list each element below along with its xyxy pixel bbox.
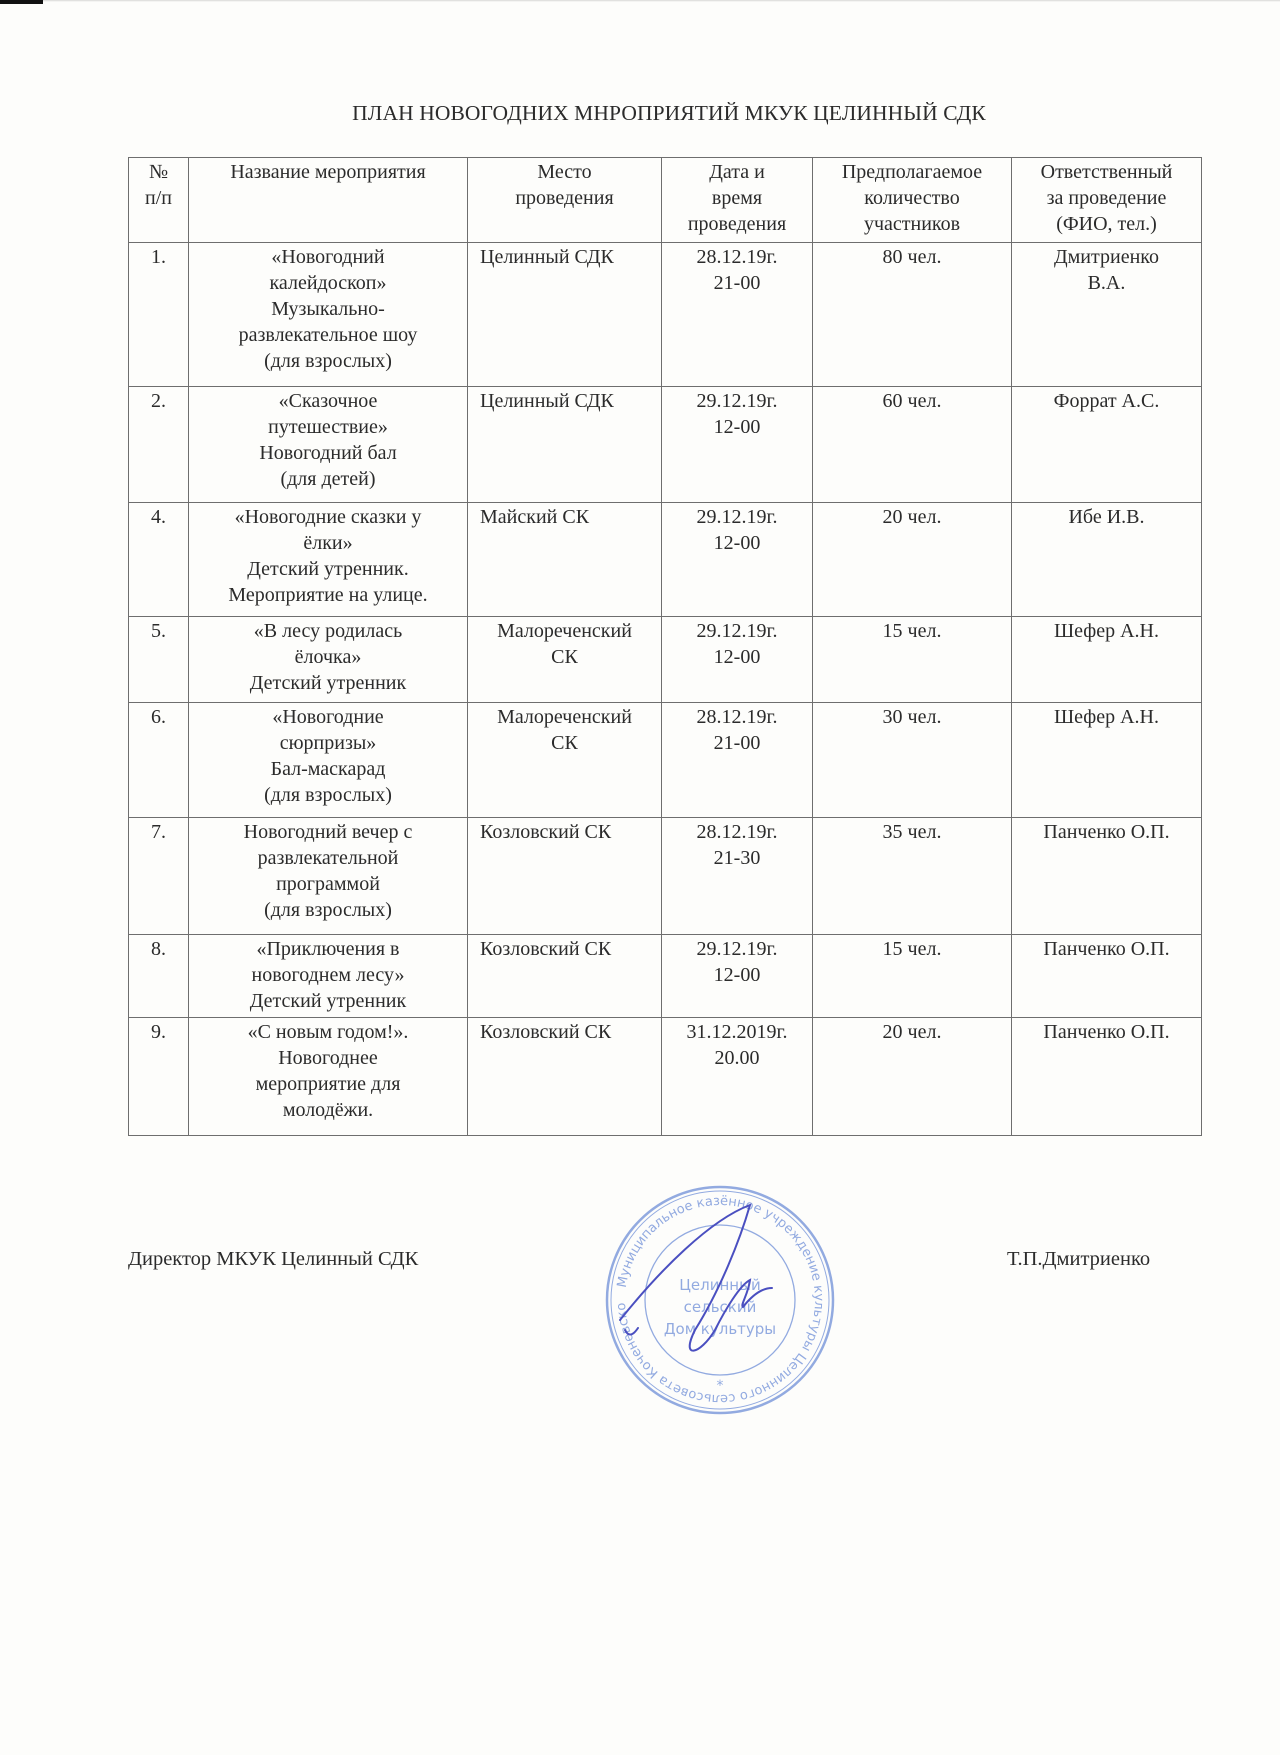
event-name-cell-text: «С новым годом!». <box>191 1019 465 1045</box>
column-header: Название мероприятия <box>189 158 468 243</box>
datetime-cell-text: 21-00 <box>664 730 810 756</box>
column-header: №п/п <box>129 158 189 243</box>
column-header: Местопроведения <box>468 158 662 243</box>
datetime-cell: 31.12.2019г.20.00 <box>662 1018 813 1136</box>
event-name-cell-text: «Приключения в <box>191 936 465 962</box>
event-name-cell-text: Детский утренник <box>191 670 465 696</box>
column-header-text: Название мероприятия <box>191 159 465 185</box>
place-cell: Козловский СК <box>468 935 662 1018</box>
responsible-cell: ДмитриенкоВ.А. <box>1012 243 1202 387</box>
event-name-cell-text: молодёжи. <box>191 1097 465 1123</box>
official-stamp: Муниципальное казённое учреждение культу… <box>600 1180 840 1420</box>
place-cell-text: Целинный СДК <box>480 388 659 414</box>
responsible-cell-text: Панченко О.П. <box>1014 819 1199 845</box>
datetime-cell-text: 21-30 <box>664 845 810 871</box>
responsible-cell-text: Панченко О.П. <box>1014 936 1199 962</box>
datetime-cell-text: 28.12.19г. <box>664 819 810 845</box>
table-row: 4.«Новогодние сказки уёлки»Детский утрен… <box>129 503 1202 617</box>
event-name-cell-text: «Новогодние сказки у <box>191 504 465 530</box>
column-header-text: количество <box>815 185 1009 211</box>
column-header-text: проведения <box>470 185 659 211</box>
event-name-cell-text: развлекательное шоу <box>191 322 465 348</box>
event-name-cell: «В лесу родиласьёлочка»Детский утренник <box>189 617 468 703</box>
table-row: 5.«В лесу родиласьёлочка»Детский утренни… <box>129 617 1202 703</box>
place-cell-text: СК <box>470 644 659 670</box>
participants-cell: 20 чел. <box>813 503 1012 617</box>
row-number-cell: 5. <box>129 617 189 703</box>
datetime-cell: 28.12.19г.21-00 <box>662 703 813 818</box>
column-header: Ответственныйза проведение(ФИО, тел.) <box>1012 158 1202 243</box>
column-header-text: Ответственный <box>1014 159 1199 185</box>
event-name-cell-text: Детский утренник <box>191 988 465 1014</box>
table-row: 8.«Приключения вновогоднем лесу»Детский … <box>129 935 1202 1018</box>
datetime-cell-text: 29.12.19г. <box>664 936 810 962</box>
datetime-cell-text: 20.00 <box>664 1045 810 1071</box>
responsible-cell-text: Форрат А.С. <box>1014 388 1199 414</box>
participants-cell: 80 чел. <box>813 243 1012 387</box>
row-number-cell: 6. <box>129 703 189 818</box>
column-header-text: п/п <box>131 185 186 211</box>
stamp-center-line: сельский <box>684 1298 757 1316</box>
place-cell-text: Целинный СДК <box>480 244 659 270</box>
participants-cell: 15 чел. <box>813 617 1012 703</box>
event-name-cell-text: «Сказочное <box>191 388 465 414</box>
column-header-text: Дата и <box>664 159 810 185</box>
event-name-cell: «С новым годом!».Новогоднеемероприятие д… <box>189 1018 468 1136</box>
responsible-cell: Панченко О.П. <box>1012 1018 1202 1136</box>
responsible-cell: Шефер А.Н. <box>1012 703 1202 818</box>
responsible-cell: Форрат А.С. <box>1012 387 1202 503</box>
stamp-star-icon: * <box>717 1378 724 1394</box>
event-name-cell-text: Новогоднее <box>191 1045 465 1071</box>
datetime-cell-text: 12-00 <box>664 414 810 440</box>
participants-cell: 35 чел. <box>813 818 1012 935</box>
datetime-cell-text: 31.12.2019г. <box>664 1019 810 1045</box>
responsible-cell-text: В.А. <box>1014 270 1199 296</box>
column-header-text: (ФИО, тел.) <box>1014 211 1199 237</box>
event-name-cell-text: программой <box>191 871 465 897</box>
row-number-cell: 4. <box>129 503 189 617</box>
event-name-cell-text: развлекательной <box>191 845 465 871</box>
place-cell-text: Майский СК <box>480 504 659 530</box>
event-name-cell-text: «Новогодний <box>191 244 465 270</box>
event-name-cell-text: (для взрослых) <box>191 348 465 374</box>
place-cell: Козловский СК <box>468 1018 662 1136</box>
datetime-cell: 28.12.19г.21-30 <box>662 818 813 935</box>
event-name-cell: «Новогоднийкалейдоскоп»Музыкально-развле… <box>189 243 468 387</box>
participants-cell: 30 чел. <box>813 703 1012 818</box>
datetime-cell: 29.12.19г.12-00 <box>662 617 813 703</box>
column-header-text: Место <box>470 159 659 185</box>
table-row: 7.Новогодний вечер сразвлекательнойпрогр… <box>129 818 1202 935</box>
participants-cell: 60 чел. <box>813 387 1012 503</box>
place-cell-text: Козловский СК <box>480 819 659 845</box>
place-cell-text: Козловский СК <box>480 936 659 962</box>
table-header-row: №п/пНазвание мероприятияМестопроведенияД… <box>129 158 1202 243</box>
place-cell: Козловский СК <box>468 818 662 935</box>
row-number-cell: 7. <box>129 818 189 935</box>
event-name-cell: «Сказочноепутешествие»Новогодний бал(для… <box>189 387 468 503</box>
event-name-cell-text: Мероприятие на улице. <box>191 582 465 608</box>
datetime-cell-text: 12-00 <box>664 962 810 988</box>
column-header-text: время <box>664 185 810 211</box>
table-row: 1.«Новогоднийкалейдоскоп»Музыкально-разв… <box>129 243 1202 387</box>
event-name-cell-text: Новогодний бал <box>191 440 465 466</box>
place-cell: МалореченскийСК <box>468 703 662 818</box>
datetime-cell-text: 28.12.19г. <box>664 244 810 270</box>
datetime-cell-text: 12-00 <box>664 530 810 556</box>
responsible-cell: Панченко О.П. <box>1012 935 1202 1018</box>
place-cell: Целинный СДК <box>468 243 662 387</box>
event-name-cell: «Новогодниесюрпризы»Бал-маскарад(для взр… <box>189 703 468 818</box>
datetime-cell-text: 28.12.19г. <box>664 704 810 730</box>
datetime-cell: 29.12.19г.12-00 <box>662 935 813 1018</box>
director-name: Т.П.Дмитриенко <box>1007 1248 1150 1271</box>
stamp-center-line: Дом культуры <box>664 1320 776 1338</box>
event-name-cell-text: Музыкально- <box>191 296 465 322</box>
place-cell-text: Малореченский <box>470 704 659 730</box>
event-name-cell-text: ёлочка» <box>191 644 465 670</box>
event-name-cell-text: (для взрослых) <box>191 897 465 923</box>
event-name-cell-text: «Новогодние <box>191 704 465 730</box>
event-name-cell-text: (для взрослых) <box>191 782 465 808</box>
datetime-cell-text: 29.12.19г. <box>664 504 810 530</box>
event-name-cell-text: сюрпризы» <box>191 730 465 756</box>
table-row: 6.«Новогодниесюрпризы»Бал-маскарад(для в… <box>129 703 1202 818</box>
page-title: ПЛАН НОВОГОДНИХ МНРОПРИЯТИЙ МКУК ЦЕЛИННЫ… <box>0 101 1280 126</box>
event-name-cell-text: мероприятие для <box>191 1071 465 1097</box>
place-cell: МалореченскийСК <box>468 617 662 703</box>
event-name-cell: «Приключения вновогоднем лесу»Детский ут… <box>189 935 468 1018</box>
row-number-cell: 9. <box>129 1018 189 1136</box>
place-cell-text: Малореченский <box>470 618 659 644</box>
responsible-cell: Панченко О.П. <box>1012 818 1202 935</box>
datetime-cell-text: 21-00 <box>664 270 810 296</box>
events-table: №п/пНазвание мероприятияМестопроведенияД… <box>128 157 1202 1136</box>
row-number-cell: 2. <box>129 387 189 503</box>
event-name-cell: Новогодний вечер сразвлекательнойпрограм… <box>189 818 468 935</box>
participants-cell: 15 чел. <box>813 935 1012 1018</box>
responsible-cell-text: Дмитриенко <box>1014 244 1199 270</box>
datetime-cell: 29.12.19г.12-00 <box>662 387 813 503</box>
datetime-cell: 29.12.19г.12-00 <box>662 503 813 617</box>
place-cell-text: Козловский СК <box>480 1019 659 1045</box>
event-name-cell-text: Бал-маскарад <box>191 756 465 782</box>
event-name-cell: «Новогодние сказки уёлки»Детский утренни… <box>189 503 468 617</box>
column-header-text: за проведение <box>1014 185 1199 211</box>
column-header: Дата ивремяпроведения <box>662 158 813 243</box>
responsible-cell-text: Шефер А.Н. <box>1014 618 1199 644</box>
participants-cell: 20 чел. <box>813 1018 1012 1136</box>
table-row: 2.«Сказочноепутешествие»Новогодний бал(д… <box>129 387 1202 503</box>
responsible-cell-text: Панченко О.П. <box>1014 1019 1199 1045</box>
event-name-cell-text: ёлки» <box>191 530 465 556</box>
datetime-cell-text: 29.12.19г. <box>664 618 810 644</box>
responsible-cell-text: Ибе И.В. <box>1014 504 1199 530</box>
table-body: 1.«Новогоднийкалейдоскоп»Музыкально-разв… <box>129 243 1202 1136</box>
datetime-cell-text: 29.12.19г. <box>664 388 810 414</box>
responsible-cell: Шефер А.Н. <box>1012 617 1202 703</box>
responsible-cell: Ибе И.В. <box>1012 503 1202 617</box>
column-header: Предполагаемоеколичествоучастников <box>813 158 1012 243</box>
row-number-cell: 8. <box>129 935 189 1018</box>
event-name-cell-text: новогоднем лесу» <box>191 962 465 988</box>
place-cell-text: СК <box>470 730 659 756</box>
place-cell: Майский СК <box>468 503 662 617</box>
column-header-text: участников <box>815 211 1009 237</box>
scan-edge <box>43 0 1280 2</box>
event-name-cell-text: путешествие» <box>191 414 465 440</box>
scan-artifact <box>0 0 43 4</box>
event-name-cell-text: (для детей) <box>191 466 465 492</box>
table-row: 9.«С новым годом!».Новогоднеемероприятие… <box>129 1018 1202 1136</box>
responsible-cell-text: Шефер А.Н. <box>1014 704 1199 730</box>
datetime-cell: 28.12.19г.21-00 <box>662 243 813 387</box>
place-cell: Целинный СДК <box>468 387 662 503</box>
row-number-cell: 1. <box>129 243 189 387</box>
column-header-text: № <box>131 159 186 185</box>
column-header-text: Предполагаемое <box>815 159 1009 185</box>
event-name-cell-text: «В лесу родилась <box>191 618 465 644</box>
column-header-text: проведения <box>664 211 810 237</box>
event-name-cell-text: Детский утренник. <box>191 556 465 582</box>
director-position: Директор МКУК Целинный СДК <box>128 1248 418 1271</box>
event-name-cell-text: Новогодний вечер с <box>191 819 465 845</box>
datetime-cell-text: 12-00 <box>664 644 810 670</box>
event-name-cell-text: калейдоскоп» <box>191 270 465 296</box>
